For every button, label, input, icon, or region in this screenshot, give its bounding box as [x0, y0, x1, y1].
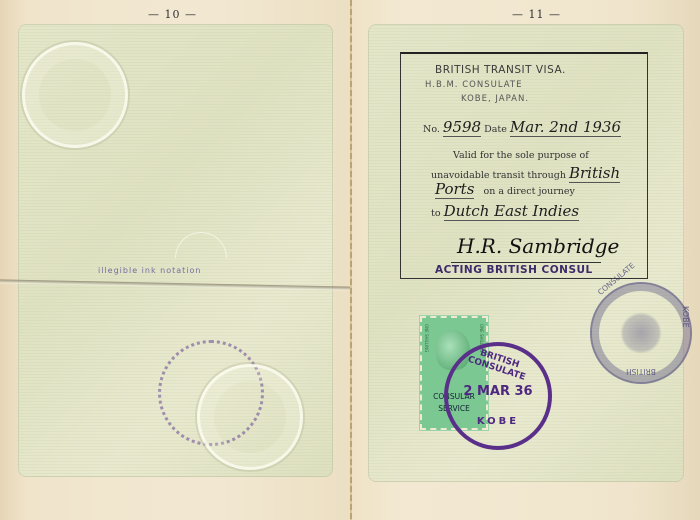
valid-line-3-text: on a direct journey: [483, 186, 574, 197]
consul-signature: H.R. Sambridge: [457, 234, 619, 258]
handwritten-note: illegible ink notation: [98, 266, 201, 275]
valid-line-1: Valid for the sole purpose of: [453, 150, 589, 161]
destination-row: to Dutch East Indies: [431, 202, 579, 220]
to-label: to: [431, 208, 441, 219]
passport-spread: — 10 — illegible ink notation — 11 — BRI…: [0, 0, 700, 520]
right-page: — 11 — BRITISH TRANSIT VISA. H.B.M. CONS…: [352, 0, 700, 520]
transit-value-2: Ports: [435, 180, 474, 199]
page-number-left: — 10 —: [148, 8, 197, 21]
signature-line: [451, 262, 601, 263]
consulate-seal: CONSULATE KOBE BRITISH: [590, 282, 692, 384]
cancel-date: 2 MAR 36: [448, 384, 548, 399]
visa-issuer-line2: KOBE, JAPAN.: [461, 94, 529, 104]
cancel-city: KOBE: [448, 416, 548, 427]
royal-crest-icon: [620, 312, 662, 354]
visa-number-date-row: No. 9598 Date Mar. 2nd 1936: [423, 118, 621, 136]
denomination-left: ONE SHILLING: [424, 324, 429, 352]
visa-number: 9598: [443, 118, 481, 137]
left-page: — 10 — illegible ink notation: [0, 0, 352, 520]
consulate-cancel-stamp: BRITISH CONSULATE 2 MAR 36 KOBE: [444, 342, 552, 450]
embossed-seal-top: [22, 42, 128, 148]
date-label: Date: [484, 124, 507, 135]
seal-text-right: KOBE: [681, 306, 690, 328]
seal-text-bottom: BRITISH: [592, 367, 690, 376]
visa-issuer-line1: H.B.M. CONSULATE: [425, 80, 522, 90]
embossed-seal-bottom: [197, 364, 303, 470]
transit-visa-stamp: BRITISH TRANSIT VISA. H.B.M. CONSULATE K…: [400, 52, 648, 279]
destination-value: Dutch East Indies: [444, 202, 580, 221]
no-label: No.: [423, 124, 440, 135]
page-number-right: — 11 —: [512, 8, 561, 21]
visa-title: BRITISH TRANSIT VISA.: [435, 64, 566, 76]
visa-date: Mar. 2nd 1936: [510, 118, 621, 137]
transit-value-1: British: [569, 164, 620, 183]
signatory-title: ACTING BRITISH CONSUL: [435, 264, 593, 276]
valid-line-3: Ports on a direct journey: [435, 180, 575, 198]
